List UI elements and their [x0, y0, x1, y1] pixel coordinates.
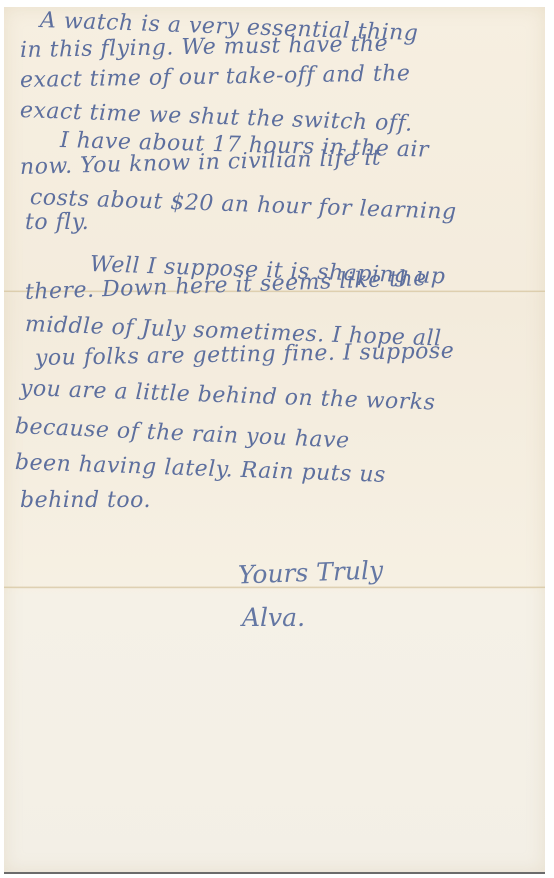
signature: Alva. [242, 603, 305, 632]
closing: Yours Truly [238, 555, 384, 589]
letter-line: behind too. [20, 488, 151, 513]
letter-line: to fly. [25, 210, 89, 235]
